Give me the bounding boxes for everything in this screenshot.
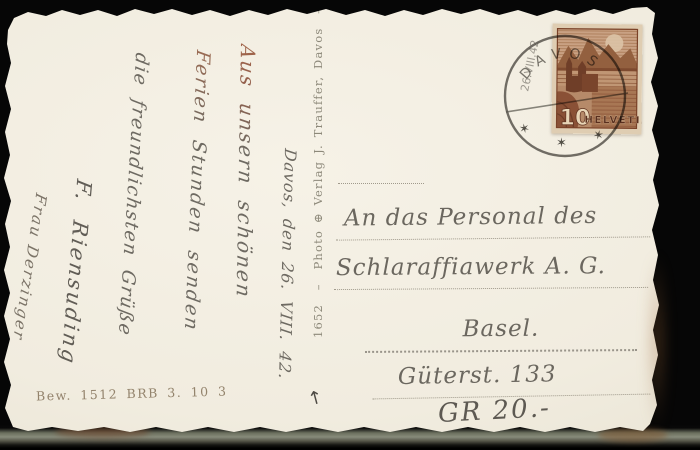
handwritten-message-line-2: Ferien Stunden senden xyxy=(180,48,214,333)
handwritten-message-line-3: die freundlichsten Grüße xyxy=(114,51,152,338)
address-rule-short xyxy=(338,170,424,184)
address-line-1: An das Personal des xyxy=(336,202,650,240)
handwritten-signature-2: Frau Derzinger xyxy=(9,191,50,343)
pencil-arrow-mark: ↑ xyxy=(306,386,326,410)
scan-background: Aus unsern schönen Ferien Stunden senden… xyxy=(0,0,700,450)
postmark-star-center: ✶ xyxy=(556,136,567,151)
address-note-gr: GR 20.- xyxy=(437,393,551,429)
scan-band-brown-tint-right xyxy=(598,428,668,442)
handwritten-message-line-1: Aus unsern schönen xyxy=(232,43,260,301)
address-line-2: Schlaraffiawerk A. G. xyxy=(334,253,648,290)
address-line-street: Güterst. 133 xyxy=(372,360,651,400)
postmark-chord-line xyxy=(506,93,628,112)
permit-line: Bew. 1512 BRB 3. 10 3 xyxy=(36,383,228,403)
postmark: DAVOS 26.VIII.42 ✶ ✶ ✶ xyxy=(498,30,632,164)
publisher-imprint: 1652 – Photo ⊕ Verlag J. Trauffer, Davos… xyxy=(311,7,325,338)
postmark-star-left: ✶ xyxy=(518,121,532,138)
handwritten-date-line: Davos, den 26. VIII. 42. xyxy=(275,148,300,382)
postcard-back: Aus unsern schönen Ferien Stunden senden… xyxy=(0,0,700,450)
handwritten-signature-1: F. Riensuding xyxy=(56,177,96,367)
address-line-city: Basel. xyxy=(365,315,637,353)
